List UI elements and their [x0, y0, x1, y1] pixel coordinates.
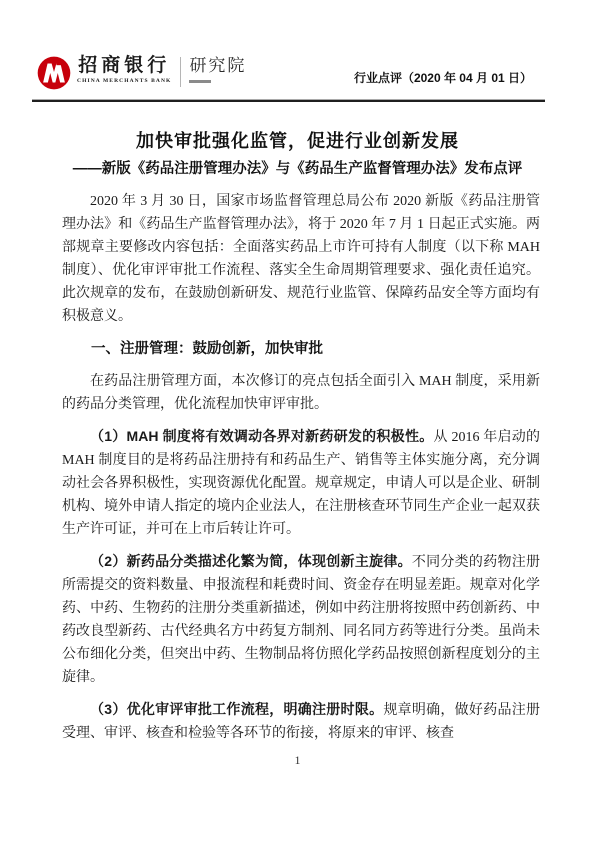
item-1-lead: （1）MAH 制度将有效调动各界对新药研发的积极性。 — [90, 428, 433, 444]
document-body: 2020 年 3 月 30 日，国家市场监督管理总局公布 2020 新版《药品注… — [62, 190, 540, 754]
paragraph-item-1: （1）MAH 制度将有效调动各界对新药研发的积极性。从 2016 年启动的 MA… — [62, 425, 540, 541]
cmb-logo-icon — [37, 56, 71, 90]
report-page: 招商银行 CHINA MERCHANTS BANK 研究院 行业点评（2020 … — [0, 0, 595, 842]
paragraph-section1-intro: 在药品注册管理方面，本次修订的亮点包括全面引入 MAH 制度，采用新的药品分类管… — [62, 370, 540, 416]
division-block: 研究院 — [189, 55, 246, 83]
header-rule — [32, 99, 545, 102]
report-type-date: 行业点评（2020 年 04 月 01 日） — [354, 69, 532, 86]
page-number: 1 — [0, 753, 595, 768]
page-header: 招商银行 CHINA MERCHANTS BANK 研究院 行业点评（2020 … — [37, 55, 532, 95]
paragraph-intro: 2020 年 3 月 30 日，国家市场监督管理总局公布 2020 新版《药品注… — [62, 190, 540, 328]
bank-name-block: 招商银行 CHINA MERCHANTS BANK — [77, 55, 171, 84]
item-3-lead: （3）优化审评审批工作流程，明确注册时限。 — [90, 701, 383, 717]
document-title: 加快审批强化监管，促进行业创新发展 — [0, 127, 595, 153]
logo-divider — [180, 57, 181, 87]
document-subtitle: ——新版《药品注册管理办法》与《药品生产监督管理办法》发布点评 — [0, 157, 595, 178]
division-name: 研究院 — [189, 55, 246, 77]
section-1-heading: 一、注册管理：鼓励创新，加快审批 — [62, 338, 540, 361]
division-subtext — [189, 80, 211, 83]
item-2-lead: （2）新药品分类描述化繁为简，体现创新主旋律。 — [90, 553, 412, 569]
bank-name: 招商银行 — [78, 55, 170, 77]
paragraph-item-3: （3）优化审评审批工作流程，明确注册时限。规章明确，做好药品注册受理、审评、核查… — [62, 698, 540, 745]
item-1-text: 从 2016 年启动的 MAH 制度目的是将药品注册持有和药品生产、销售等主体实… — [62, 430, 540, 537]
item-2-text: 不同分类的药物注册所需提交的资料数量、申报流程和耗费时间、资金存在明显差距。规章… — [62, 555, 540, 685]
bank-name-en: CHINA MERCHANTS BANK — [77, 78, 171, 84]
paragraph-item-2: （2）新药品分类描述化繁为简，体现创新主旋律。不同分类的药物注册所需提交的资料数… — [62, 550, 540, 689]
cmb-logo: 招商银行 CHINA MERCHANTS BANK 研究院 — [37, 55, 246, 90]
